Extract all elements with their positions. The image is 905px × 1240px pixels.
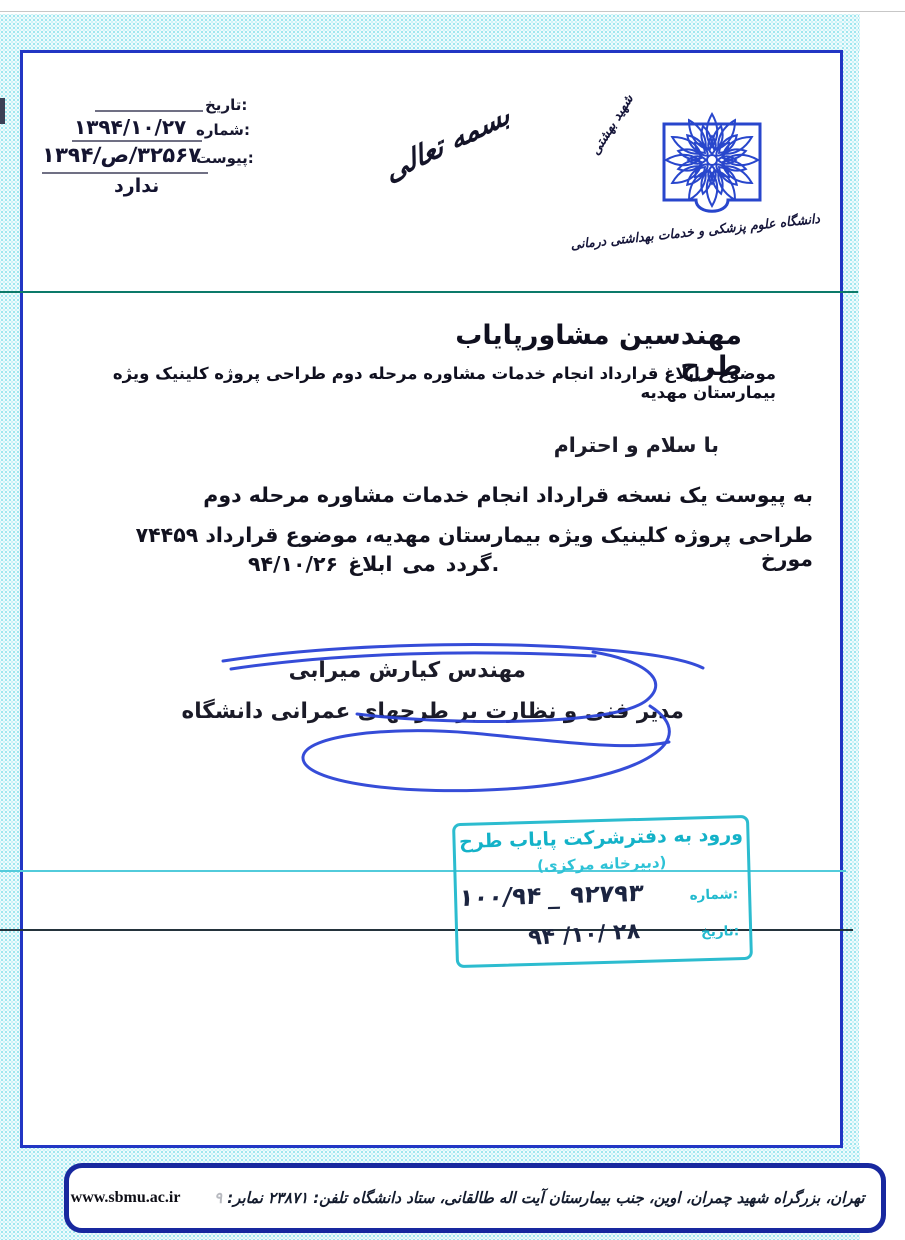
scan-texture-right	[841, 14, 859, 1240]
field-attachment-label: پیوست:	[196, 149, 254, 167]
scan-edge-line	[0, 11, 905, 12]
footer-phone-value: ۲۳۸۷۱	[268, 1189, 308, 1207]
footer-fax-label: نمابر:	[228, 1189, 264, 1207]
field-number-label: شماره:	[196, 121, 250, 139]
scanned-letter-page: بسمه تعالی	[0, 0, 905, 1240]
field-attachment-line	[42, 172, 208, 174]
stamp-number-label: شماره:	[689, 886, 738, 903]
basmala-text: بسمه تعالی	[383, 96, 513, 188]
subject-line: موضوع : ابلاغ قرارداد انجام خدمات مشاوره…	[98, 364, 776, 402]
body-line-3-date: ۹۴/۱۰/۲۶	[248, 552, 338, 576]
footer-bar: تهران، بزرگراه شهید چمران، اوین، جنب بیم…	[64, 1163, 886, 1233]
body-line-3-word3: گردد.	[446, 552, 500, 576]
body-line-1: به پیوست یک نسخه قرارداد انجام خدمات مشا…	[200, 483, 813, 507]
field-date-line	[95, 110, 203, 112]
footer-address-text: تهران، بزرگراه شهید چمران، اوین، جنب بیم…	[353, 1189, 865, 1207]
body-line-3: ۹۴/۱۰/۲۶ ابلاغ می گردد.	[248, 552, 499, 576]
receipt-stamp: ورود به دفترشرکت پایاب طرح (دبیرخانه مرک…	[452, 815, 753, 968]
field-date-label: تاریخ:	[205, 96, 247, 114]
body-line-3-word1: ابلاغ	[348, 552, 392, 576]
stamp-number-value: ۱۰۰/۹۴ _ ۹۲۷۹۳	[458, 879, 645, 912]
field-number-line	[72, 140, 202, 142]
field-number-value: ۳۲۵۶۷/ص/۱۳۹۴	[41, 143, 202, 167]
stamp-title: ورود به دفترشرکت پایاب طرح	[455, 823, 747, 853]
stamp-date-value: ۹۴ /۱۰/ ۲۸	[528, 919, 641, 951]
body-line-3-word2: می	[402, 552, 435, 576]
letterhead-divider-line	[0, 291, 858, 293]
footer-website-link[interactable]: www.sbmu.ac.ir	[71, 1189, 181, 1207]
logo-rosette-icon	[666, 114, 758, 206]
signature-title: مدیر فنی و نظارت بر طرحهای عمرانی دانشگا…	[180, 699, 684, 724]
footer-phone-label: تلفن:	[314, 1189, 348, 1207]
stamp-date-label: تاریخ:	[701, 923, 740, 940]
scan-smudge	[0, 98, 5, 124]
field-date-value: ۱۳۹۴/۱۰/۲۷	[74, 115, 186, 139]
field-attachment-value: ندارد	[114, 175, 159, 197]
salutation: با سلام و احترام	[515, 433, 719, 457]
footer-address: تهران، بزرگراه شهید چمران، اوین، جنب بیم…	[215, 1189, 865, 1207]
stamp-subtitle: (دبیرخانه مرکزی)	[456, 851, 747, 877]
signature-name: مهندس کیارش میرابی	[278, 658, 526, 683]
scan-texture-top	[0, 14, 860, 52]
footer-fax-value: ۹	[215, 1189, 223, 1207]
scan-texture-left	[0, 14, 21, 1240]
basmala-calligraphy: بسمه تعالی	[340, 92, 550, 207]
